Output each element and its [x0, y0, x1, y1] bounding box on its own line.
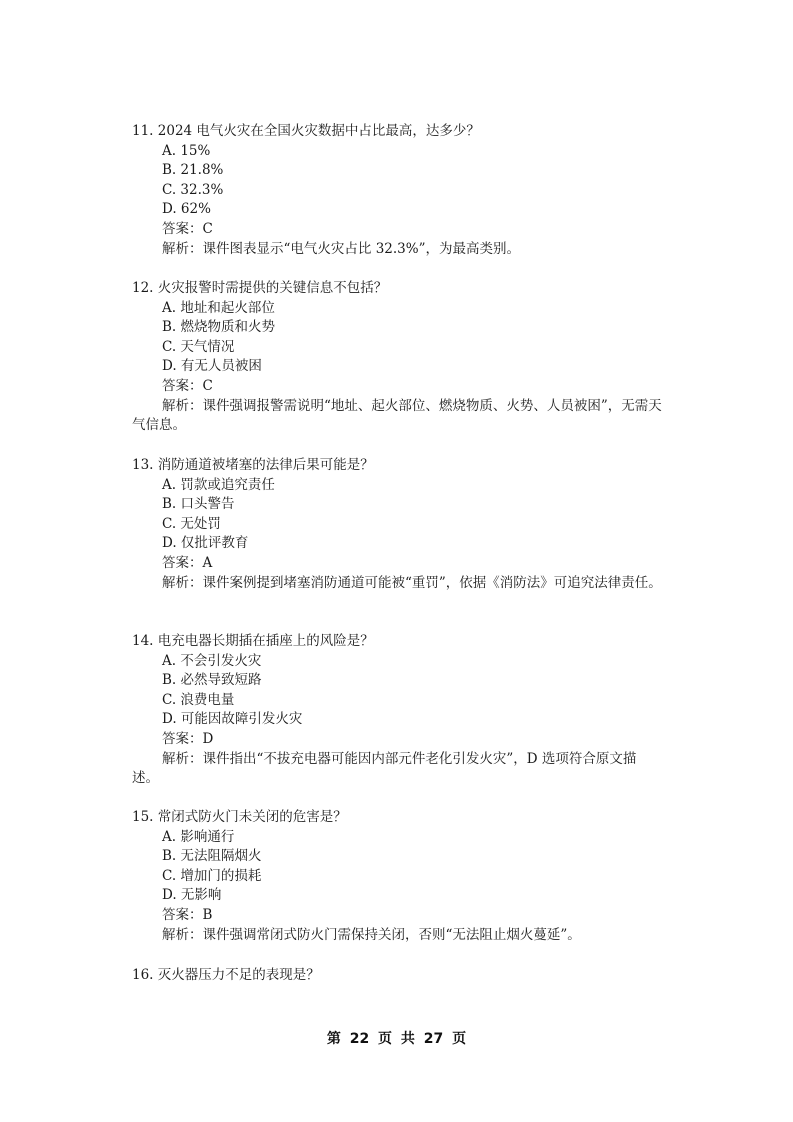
answer: 答案：C [132, 220, 662, 240]
answer: 答案：B [132, 906, 662, 926]
option-d: D. 仅批评教育 [132, 534, 662, 554]
document-page: 11. 2024 电气火灾在全国火灾数据中占比最高，达多少？ A. 15% B.… [0, 0, 793, 1122]
option-c: C. 天气情况 [132, 338, 662, 358]
question-title: 11. 2024 电气火灾在全国火灾数据中占比最高，达多少？ [132, 122, 662, 142]
question-title: 13. 消防通道被堵塞的法律后果可能是？ [132, 456, 662, 476]
option-b: B. 燃烧物质和火势 [132, 318, 662, 338]
question-14: 14. 电充电器长期插在插座上的风险是？ A. 不会引发火灾 B. 必然导致短路… [132, 632, 662, 789]
explanation: 解析：课件图表显示“电气火灾占比 32.3%”，为最高类别。 [132, 240, 662, 260]
question-number: 11. [132, 123, 153, 139]
answer: 答案：A [132, 554, 662, 574]
question-number: 12. [132, 280, 153, 296]
question-number: 16. [132, 967, 153, 983]
question-text: 消防通道被堵塞的法律后果可能是？ [158, 457, 374, 473]
option-d: D. 可能因故障引发火灾 [132, 710, 662, 730]
question-text: 常闭式防火门未关闭的危害是？ [158, 809, 347, 825]
option-d: D. 有无人员被困 [132, 357, 662, 377]
option-a: A. 地址和起火部位 [132, 299, 662, 319]
option-a: A. 不会引发火灾 [132, 652, 662, 672]
question-text: 电充电器长期插在插座上的风险是？ [158, 633, 374, 649]
question-title: 14. 电充电器长期插在插座上的风险是？ [132, 632, 662, 652]
explanation: 解析：课件指出“不拔充电器可能因内部元件老化引发火灾”，D 选项符合原文描述。 [132, 750, 662, 789]
option-b: B. 口头警告 [132, 495, 662, 515]
question-15: 15. 常闭式防火门未关闭的危害是？ A. 影响通行 B. 无法阻隔烟火 C. … [132, 808, 662, 945]
answer: 答案：C [132, 377, 662, 397]
option-a: A. 影响通行 [132, 828, 662, 848]
question-12: 12. 火灾报警时需提供的关键信息不包括？ A. 地址和起火部位 B. 燃烧物质… [132, 279, 662, 436]
question-title: 16. 灭火器压力不足的表现是？ [132, 966, 662, 986]
question-13: 13. 消防通道被堵塞的法律后果可能是？ A. 罚款或追究责任 B. 口头警告 … [132, 456, 662, 593]
question-number: 14. [132, 633, 153, 649]
explanation: 解析：课件案例提到堵塞消防通道可能被“重罚”，依据《消防法》可追究法律责任。 [132, 574, 662, 594]
option-b: B. 必然导致短路 [132, 671, 662, 691]
option-d: D. 无影响 [132, 886, 662, 906]
question-16: 16. 灭火器压力不足的表现是？ [132, 966, 662, 986]
explanation: 解析：课件强调常闭式防火门需保持关闭，否则“无法阻止烟火蔓延”。 [132, 926, 662, 946]
question-text: 2024 电气火灾在全国火灾数据中占比最高，达多少？ [158, 123, 480, 139]
explanation: 解析：课件强调报警需说明“地址、起火部位、燃烧物质、火势、人员被困”，无需天气信… [132, 397, 662, 436]
answer: 答案：D [132, 730, 662, 750]
question-title: 15. 常闭式防火门未关闭的危害是？ [132, 808, 662, 828]
option-b: B. 无法阻隔烟火 [132, 847, 662, 867]
option-c: C. 增加门的损耗 [132, 867, 662, 887]
question-number: 15. [132, 809, 153, 825]
option-a: A. 罚款或追究责任 [132, 476, 662, 496]
question-number: 13. [132, 457, 153, 473]
option-d: D. 62% [132, 200, 662, 220]
question-11: 11. 2024 电气火灾在全国火灾数据中占比最高，达多少？ A. 15% B.… [132, 122, 662, 259]
option-c: C. 32.3% [132, 181, 662, 201]
question-text: 灭火器压力不足的表现是？ [158, 967, 320, 983]
option-b: B. 21.8% [132, 161, 662, 181]
option-c: C. 浪费电量 [132, 691, 662, 711]
question-text: 火灾报警时需提供的关键信息不包括？ [158, 280, 388, 296]
page-number-footer: 第 22 页 共 27 页 [0, 1028, 793, 1048]
option-a: A. 15% [132, 142, 662, 162]
question-title: 12. 火灾报警时需提供的关键信息不包括？ [132, 279, 662, 299]
option-c: C. 无处罚 [132, 515, 662, 535]
